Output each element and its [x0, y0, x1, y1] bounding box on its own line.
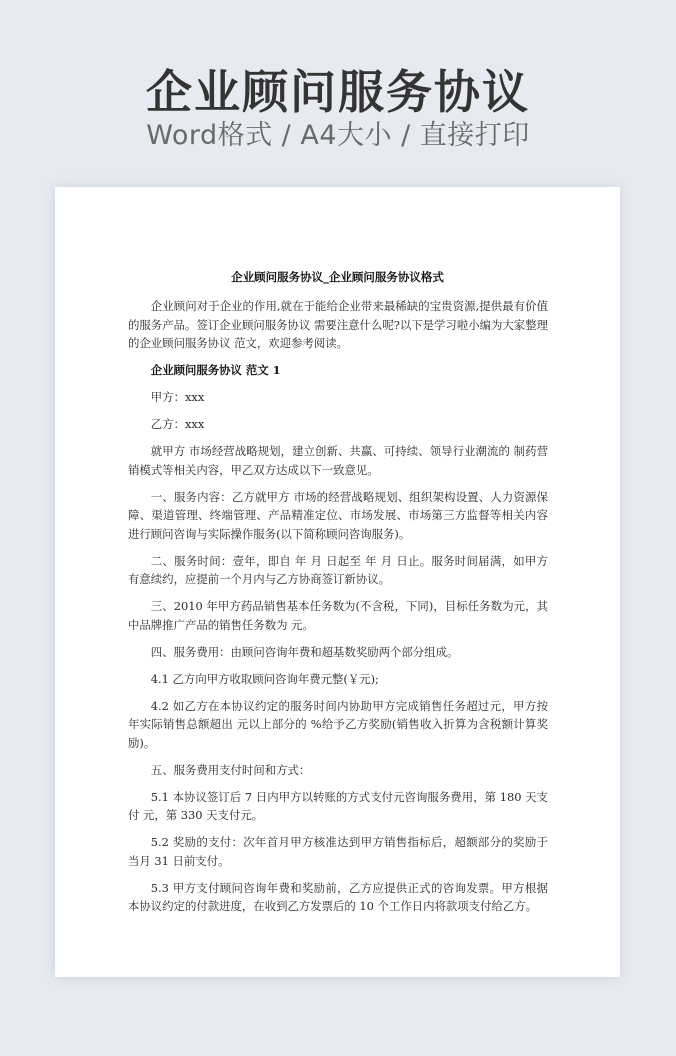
clause-service-fee: 四、服务费用：由顾问咨询年费和超基数奖励两个部分组成。	[128, 643, 548, 662]
clause-sales-target: 三、2010 年甲方药品销售基本任务数为(不含税，下同)，目标任务数为元，其中品…	[128, 597, 548, 634]
clause-4-2: 4.2 如乙方在本协议约定的服务时间内协助甲方完成销售任务超过元，甲方按 年实际…	[128, 697, 548, 753]
document-title: 企业顾问服务协议_企业顾问服务协议格式	[55, 268, 620, 286]
document-page: 企业顾问服务协议_企业顾问服务协议格式 企业顾问对于企业的作用,就在于能给企业带…	[55, 187, 620, 977]
clause-5-1: 5.1 本协议签订后 7 日内甲方以转账的方式支付元咨询服务费用，第 180 天…	[128, 788, 548, 825]
clause-payment-heading: 五、服务费用支付时间和方式：	[128, 761, 548, 780]
intro-paragraph: 企业顾问对于企业的作用,就在于能给企业带来最稀缺的宝贵资源,提供最有价值的服务产…	[128, 297, 548, 353]
sample-heading: 企业顾问服务协议 范文 1	[128, 361, 548, 380]
clause-4-1: 4.1 乙方向甲方收取顾问咨询年费元整(￥元);	[128, 670, 548, 689]
banner-subtitle: Word格式 / A4大小 / 直接打印	[0, 118, 676, 154]
clause-5-2: 5.2 奖励的支付：次年首月甲方核准达到甲方销售指标后，超额部分的奖励于当月 3…	[128, 833, 548, 870]
clause-service-content: 一、服务内容：乙方就甲方 市场的经营战略规划、组织架构设置、人力资源保障、渠道管…	[128, 488, 548, 544]
banner-title: 企业顾问服务协议	[0, 62, 676, 122]
clause-5-3: 5.3 甲方支付顾问咨询年费和奖励前，乙方应提供正式的咨询发票。甲方根据本协议约…	[128, 879, 548, 916]
document-body: 企业顾问对于企业的作用,就在于能给企业带来最稀缺的宝贵资源,提供最有价值的服务产…	[128, 297, 548, 924]
party-a-line: 甲方：xxx	[128, 388, 548, 407]
clause-service-time: 二、服务时间：壹年，即自 年 月 日起至 年 月 日止。服务时间届满，如甲方有意…	[128, 552, 548, 589]
party-b-line: 乙方：xxx	[128, 415, 548, 434]
preamble-paragraph: 就甲方 市场经营战略规划，建立创新、共赢、可持续、领导行业潮流的 制药营销模式等…	[128, 442, 548, 479]
banner: 企业顾问服务协议 Word格式 / A4大小 / 直接打印	[0, 0, 676, 187]
